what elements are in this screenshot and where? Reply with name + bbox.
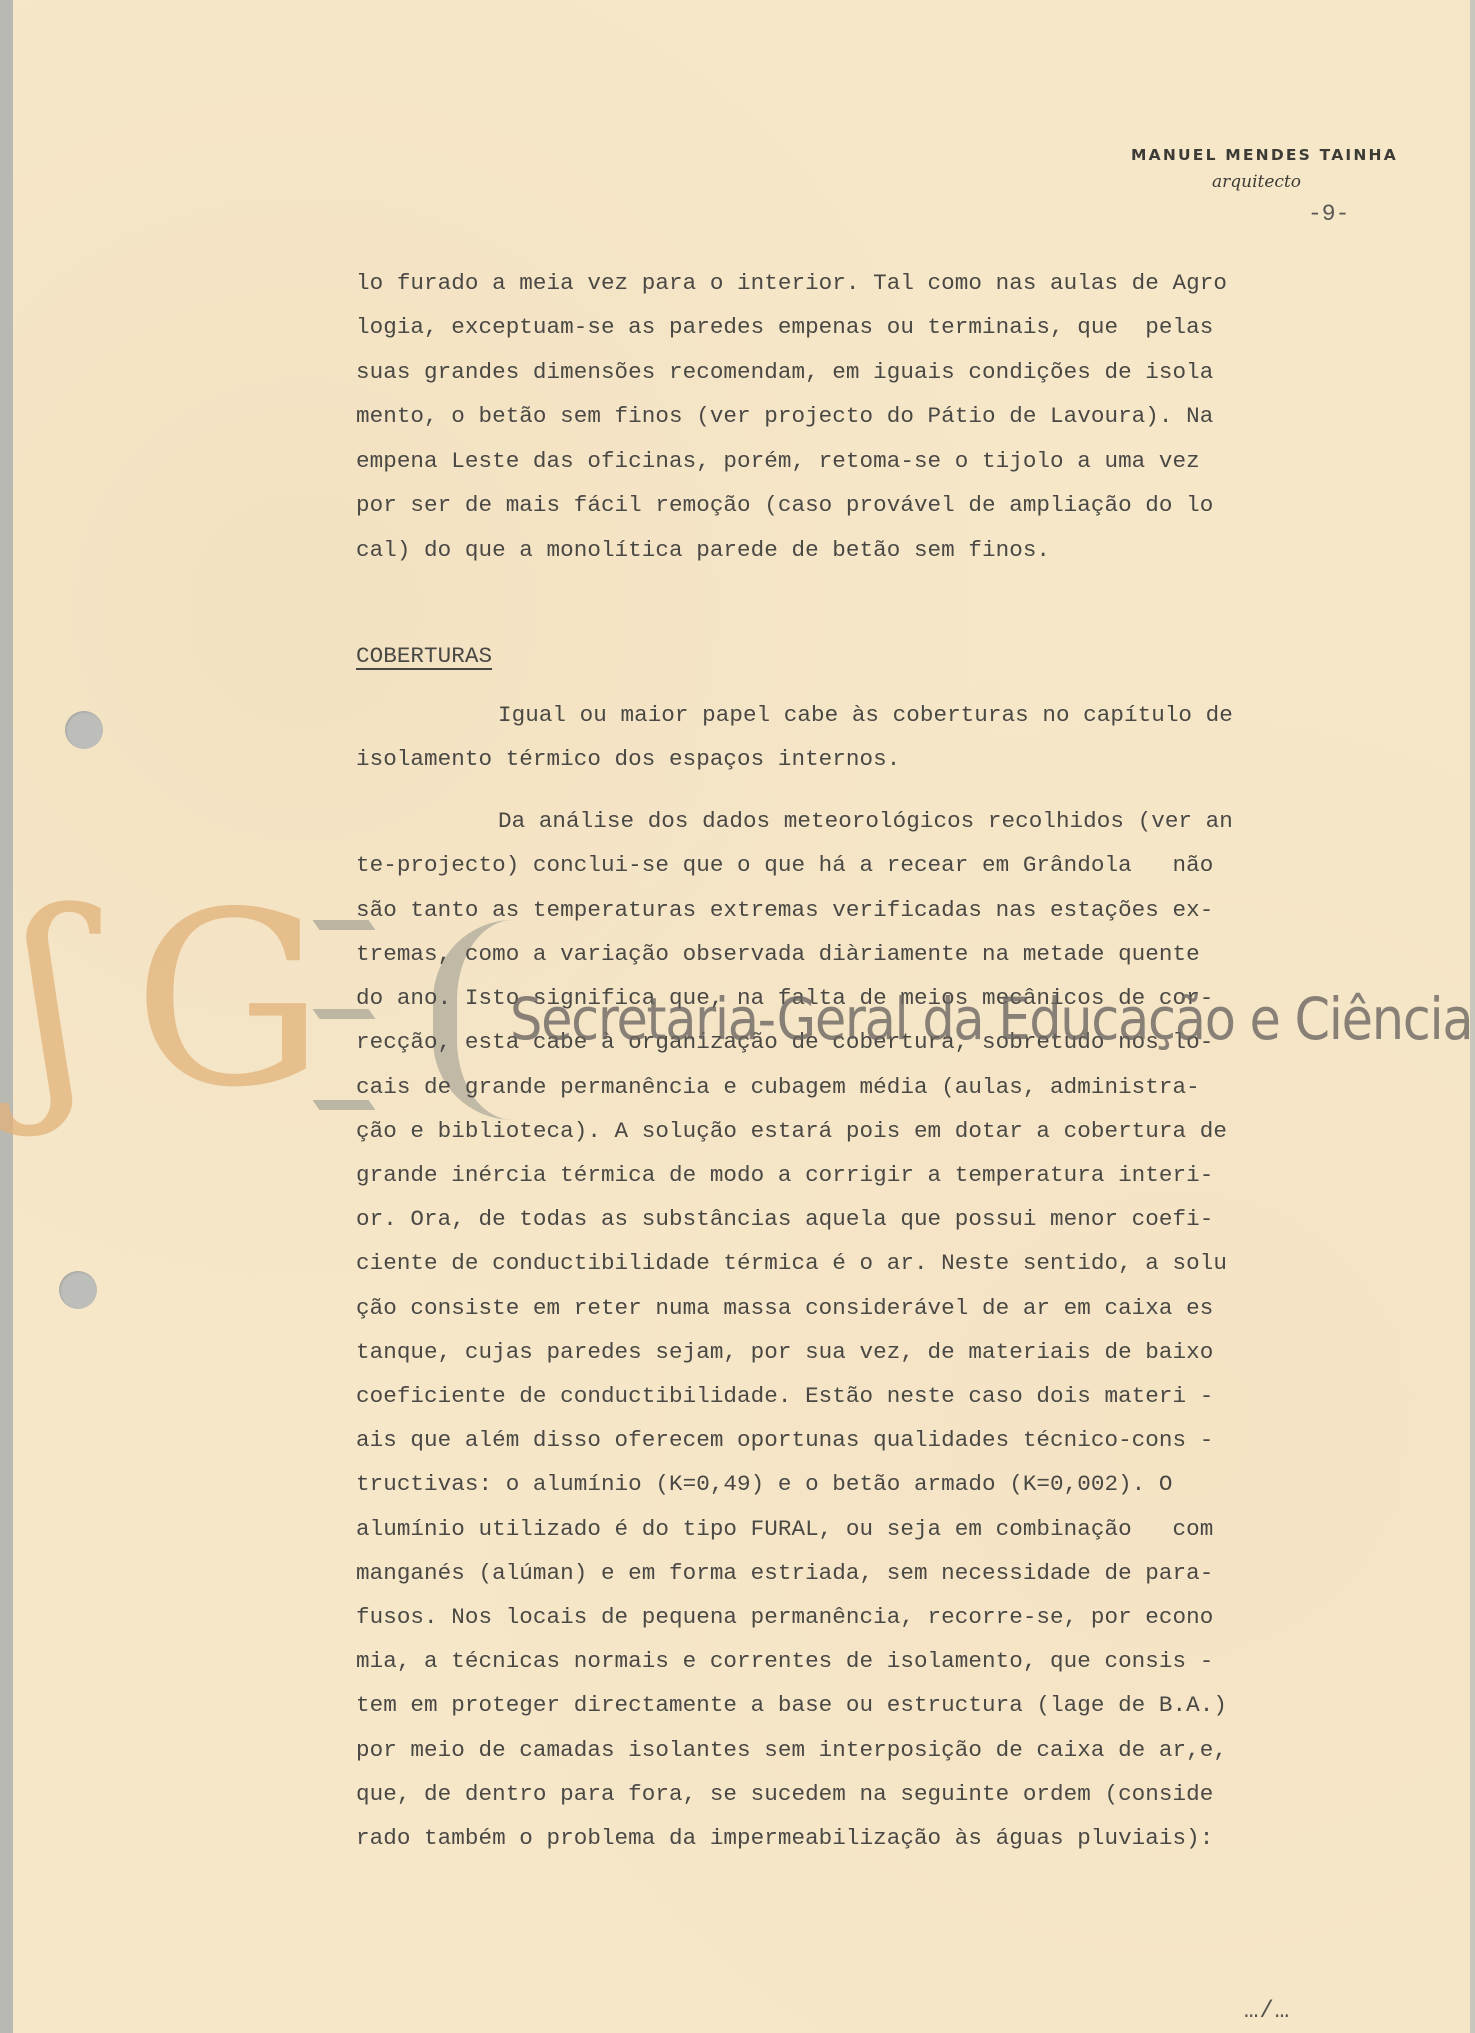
punch-hole-top xyxy=(65,711,103,749)
punch-hole-bottom xyxy=(59,1271,97,1309)
body-line: por ser de mais fácil remoção (caso prov… xyxy=(356,492,1213,518)
body-line: rado também o problema da impermeabiliza… xyxy=(356,1825,1213,1851)
body-line: logia, exceptuam-se as paredes empenas o… xyxy=(356,314,1213,340)
body-line: mento, o betão sem finos (ver projecto d… xyxy=(356,403,1213,429)
body-line: empena Leste das oficinas, porém, retoma… xyxy=(356,448,1200,474)
body-line: ciente de conductibilidade térmica é o a… xyxy=(356,1250,1227,1276)
body-line: te-projecto) conclui-se que o que há a r… xyxy=(356,852,1213,878)
body-line: isolamento térmico dos espaços internos. xyxy=(356,746,900,772)
watermark-logo-s-icon: ʃ xyxy=(21,880,86,1120)
body-line: alumínio utilizado é do tipo FURAL, ou s… xyxy=(356,1516,1213,1542)
body-line: fusos. Nos locais de pequena permanência… xyxy=(356,1604,1213,1630)
body-line: cal) do que a monolítica parede de betão… xyxy=(356,537,1050,563)
body-line: or. Ora, de todas as substâncias aquela … xyxy=(356,1206,1213,1232)
body-line: ção consiste em reter numa massa conside… xyxy=(356,1295,1213,1321)
letterhead-author: MANUEL MENDES TAINHA xyxy=(1131,146,1398,164)
section-heading: COBERTURAS xyxy=(356,643,492,669)
page-number: -9- xyxy=(1308,201,1349,227)
watermark-text: Secretaria-Geral da Educação e Ciência xyxy=(510,985,1472,1053)
body-line: cais de grande permanência e cubagem méd… xyxy=(356,1074,1200,1100)
body-line: Igual ou maior papel cabe às coberturas … xyxy=(498,702,1233,728)
continuation-mark: …/… xyxy=(1244,1998,1290,2025)
body-line: ção e biblioteca). A solução estará pois… xyxy=(356,1118,1227,1144)
body-line: tructivas: o alumínio (K=0,49) e o betão… xyxy=(356,1471,1173,1497)
letterhead-role: arquitecto xyxy=(1212,172,1301,192)
body-line: grande inércia térmica de modo a corrigi… xyxy=(356,1162,1213,1188)
body-line: lo furado a meia vez para o interior. Ta… xyxy=(356,270,1227,296)
body-line: manganés (alúman) e em forma estriada, s… xyxy=(356,1560,1213,1586)
body-line: que, de dentro para fora, se sucedem na … xyxy=(356,1781,1213,1807)
watermark-logo-e-bar-bottom-icon xyxy=(312,1100,375,1110)
body-line: coeficiente de conductibilidade. Estão n… xyxy=(356,1383,1213,1409)
body-line: ais que além disso oferecem oportunas qu… xyxy=(356,1427,1213,1453)
body-line: por meio de camadas isolantes sem interp… xyxy=(356,1737,1227,1763)
body-line: suas grandes dimensões recomendam, em ig… xyxy=(356,359,1213,385)
body-line: tem em proteger directamente a base ou e… xyxy=(356,1692,1227,1718)
body-line: são tanto as temperaturas extremas verif… xyxy=(356,897,1213,923)
body-line: tremas, como a variação observada diària… xyxy=(356,941,1200,967)
body-line: mia, a técnicas normais e correntes de i… xyxy=(356,1648,1213,1674)
body-line: tanque, cujas paredes sejam, por sua vez… xyxy=(356,1339,1213,1365)
watermark-logo-g-icon: G xyxy=(133,880,325,1120)
body-line: Da análise dos dados meteorológicos reco… xyxy=(498,808,1233,834)
